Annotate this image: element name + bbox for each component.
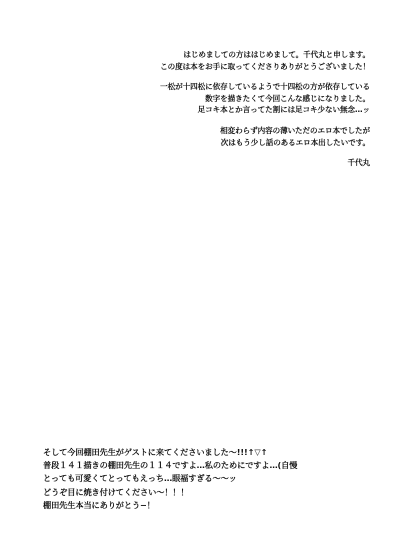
text-line: 足コキ本とか言ってた割には足コキ少ない無念…ッ: [130, 104, 370, 116]
text-line: 相変わらず内容の薄いただのエロ本でしたが: [130, 125, 370, 137]
text-line: この度は本をお手に取ってくださりありがとうございました！: [130, 61, 370, 73]
text-line: とっても可愛くてとってもえっち…眼福すぎる〜〜ッ: [43, 472, 297, 485]
concept-paragraph: 一松が十四松に依存しているようで十四松の方が依存している 数字を描きたくて今回こ…: [130, 81, 370, 116]
guest-thanks-note: そして今回棚田先生がゲストに来てくださいました〜!!!↑▽↑ 普段１４１描きの棚…: [43, 446, 297, 512]
text-line: 次はもう少し話のあるエロ本出したいです。: [130, 137, 370, 149]
text-line: どうぞ目に焼き付けてください〜！！！: [43, 486, 297, 499]
text-line: はじめましての方ははじめまして。千代丸と申します。: [130, 49, 370, 61]
author-signature: 千代丸: [130, 157, 370, 169]
text-line: 一松が十四松に依存しているようで十四松の方が依存している: [130, 81, 370, 93]
text-line: 数字を描きたくて今回こんな感じになりました。: [130, 93, 370, 105]
closing-paragraph: 相変わらず内容の薄いただのエロ本でしたが 次はもう少し話のあるエロ本出したいです…: [130, 125, 370, 148]
text-line: 普段１４１描きの棚田先生の１１４ですよ…私のためにですよ…(自慢: [43, 459, 297, 472]
greeting-paragraph: はじめましての方ははじめまして。千代丸と申します。 この度は本をお手に取ってくだ…: [130, 49, 370, 72]
signature-text: 千代丸: [130, 157, 370, 169]
afterword-page: はじめましての方ははじめまして。千代丸と申します。 この度は本をお手に取ってくだ…: [0, 0, 400, 550]
text-line: 棚田先生本当にありがとう−！: [43, 499, 297, 512]
text-line: そして今回棚田先生がゲストに来てくださいました〜!!!↑▽↑: [43, 446, 297, 459]
author-afterword: はじめましての方ははじめまして。千代丸と申します。 この度は本をお手に取ってくだ…: [130, 49, 370, 178]
